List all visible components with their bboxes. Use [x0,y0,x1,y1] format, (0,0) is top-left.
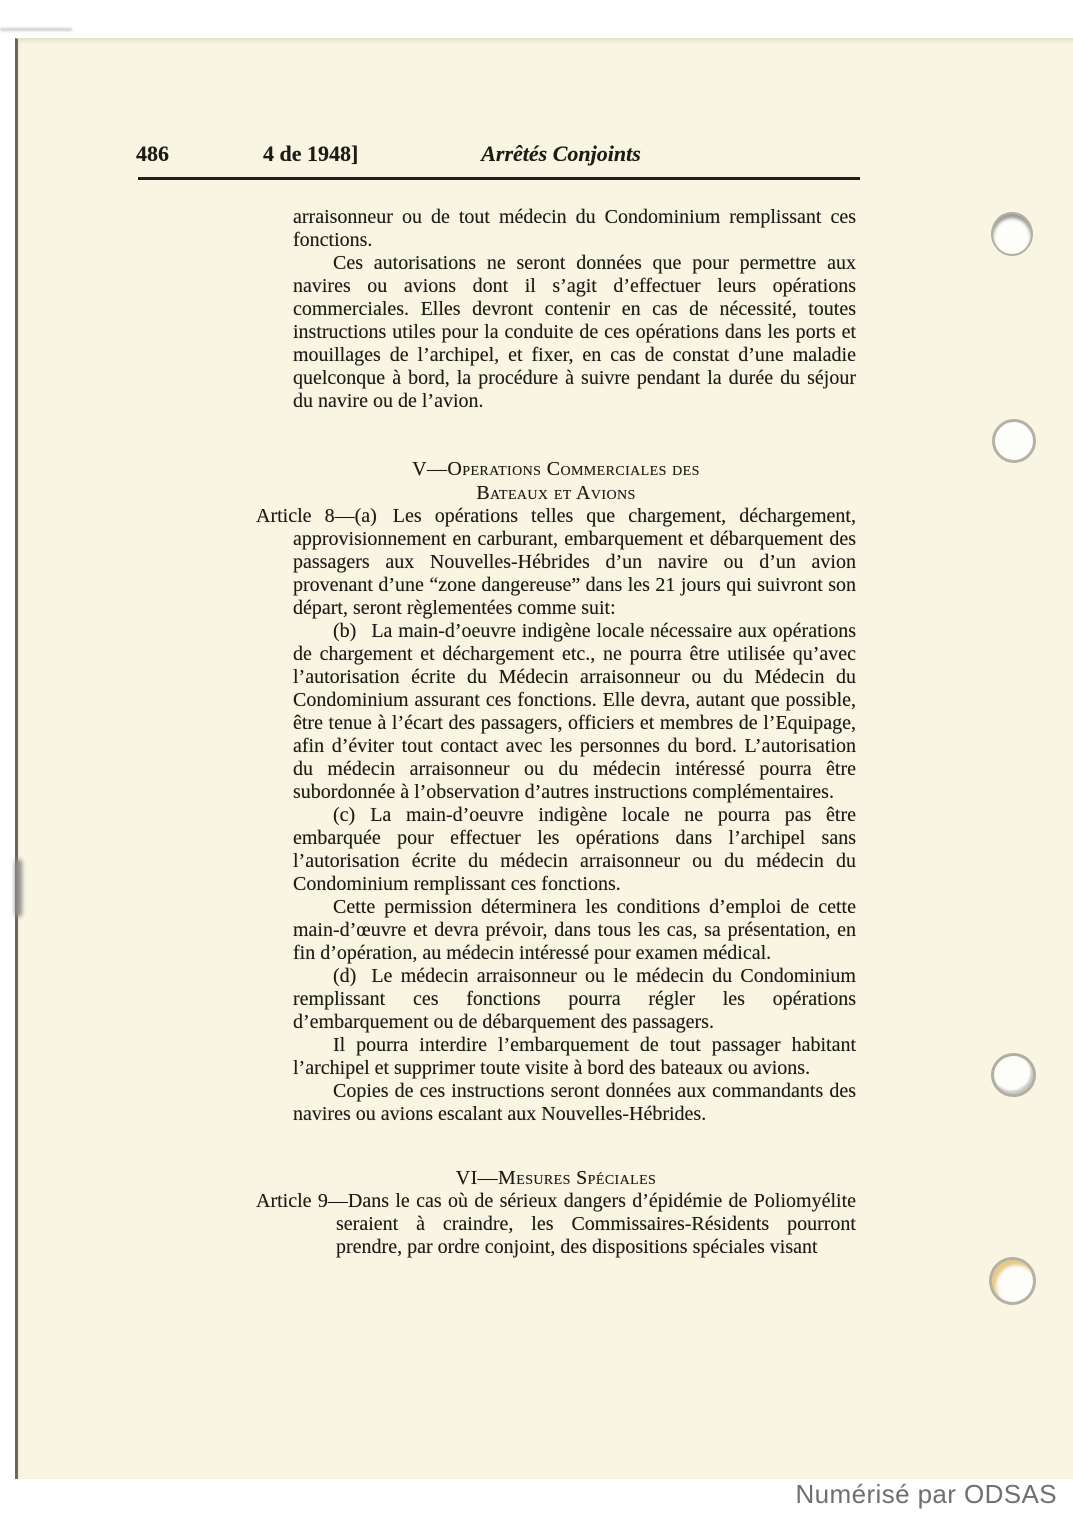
section-heading-vi: VI—Mesures Spéciales [256,1166,856,1190]
section-heading-vi-title: VI—Mesures Spéciales [256,1166,856,1190]
paragraph-copies: Copies de ces instructions seront donnée… [256,1080,856,1126]
scan-credit: Numérisé par ODSAS [796,1479,1058,1510]
punch-hole-2 [992,419,1036,463]
article-8-label: Article 8—(a) [256,505,377,527]
punch-hole-3 [991,1053,1036,1097]
article-8d: (d)Le médecin arraisonneur ou le médecin… [256,965,856,1034]
article-8a-text: Les opérations telles que chargement, dé… [293,505,856,619]
punch-hole-1 [991,212,1033,256]
punch-hole-4 [989,1257,1036,1305]
paragraph-interdire: Il pourra interdire l’embarquement de to… [256,1034,856,1080]
section-heading-v: V—Operations Commerciales des Bateaux et… [256,457,856,505]
article-8b: (b)La main-d’oeuvre indigène locale néce… [256,620,856,804]
article-9-label: Article 9— [256,1190,348,1212]
article-8b-text: La main-d’oeuvre indigène locale nécessa… [293,620,856,803]
scanned-page: 486 4 de 1948] Arrêtés Conjoints arraiso… [15,38,1073,1479]
scan-artifact-top [0,28,72,31]
paragraph-permission: Cette permission déterminera les conditi… [256,896,856,965]
article-8d-text: Le médecin arraisonneur ou le médecin du… [293,965,856,1033]
scan-artifact-left [15,859,22,917]
text-column: arraisonneur ou de tout médecin du Condo… [256,206,856,1259]
section-heading-v-line1: V—Operations Commerciales des [256,457,856,481]
issue-reference: 4 de 1948] [263,141,358,167]
paragraph-autorisations: Ces autorisations ne seront données que … [256,252,856,413]
article-8c-text: La main-d’oeuvre indigène locale ne pour… [293,804,856,895]
article-8c: (c)La main-d’oeuvre indigène locale ne p… [256,804,856,896]
article-8d-label: (d) [333,965,356,987]
article-8b-label: (b) [333,620,356,642]
paragraph-continuation: arraisonneur ou de tout médecin du Condo… [256,206,856,252]
article-8a: Article 8—(a)Les opérations telles que c… [256,505,856,620]
article-9-text: Dans le cas où de sérieux dangers d’épid… [336,1190,856,1258]
article-9: Article 9—Dans le cas où de sérieux dang… [256,1190,856,1259]
article-8c-label: (c) [333,804,355,826]
page-number: 486 [136,141,169,167]
running-title: Arrêtés Conjoints [481,141,641,167]
section-heading-v-line2: Bateaux et Avions [256,481,856,505]
header-rule [138,177,860,180]
